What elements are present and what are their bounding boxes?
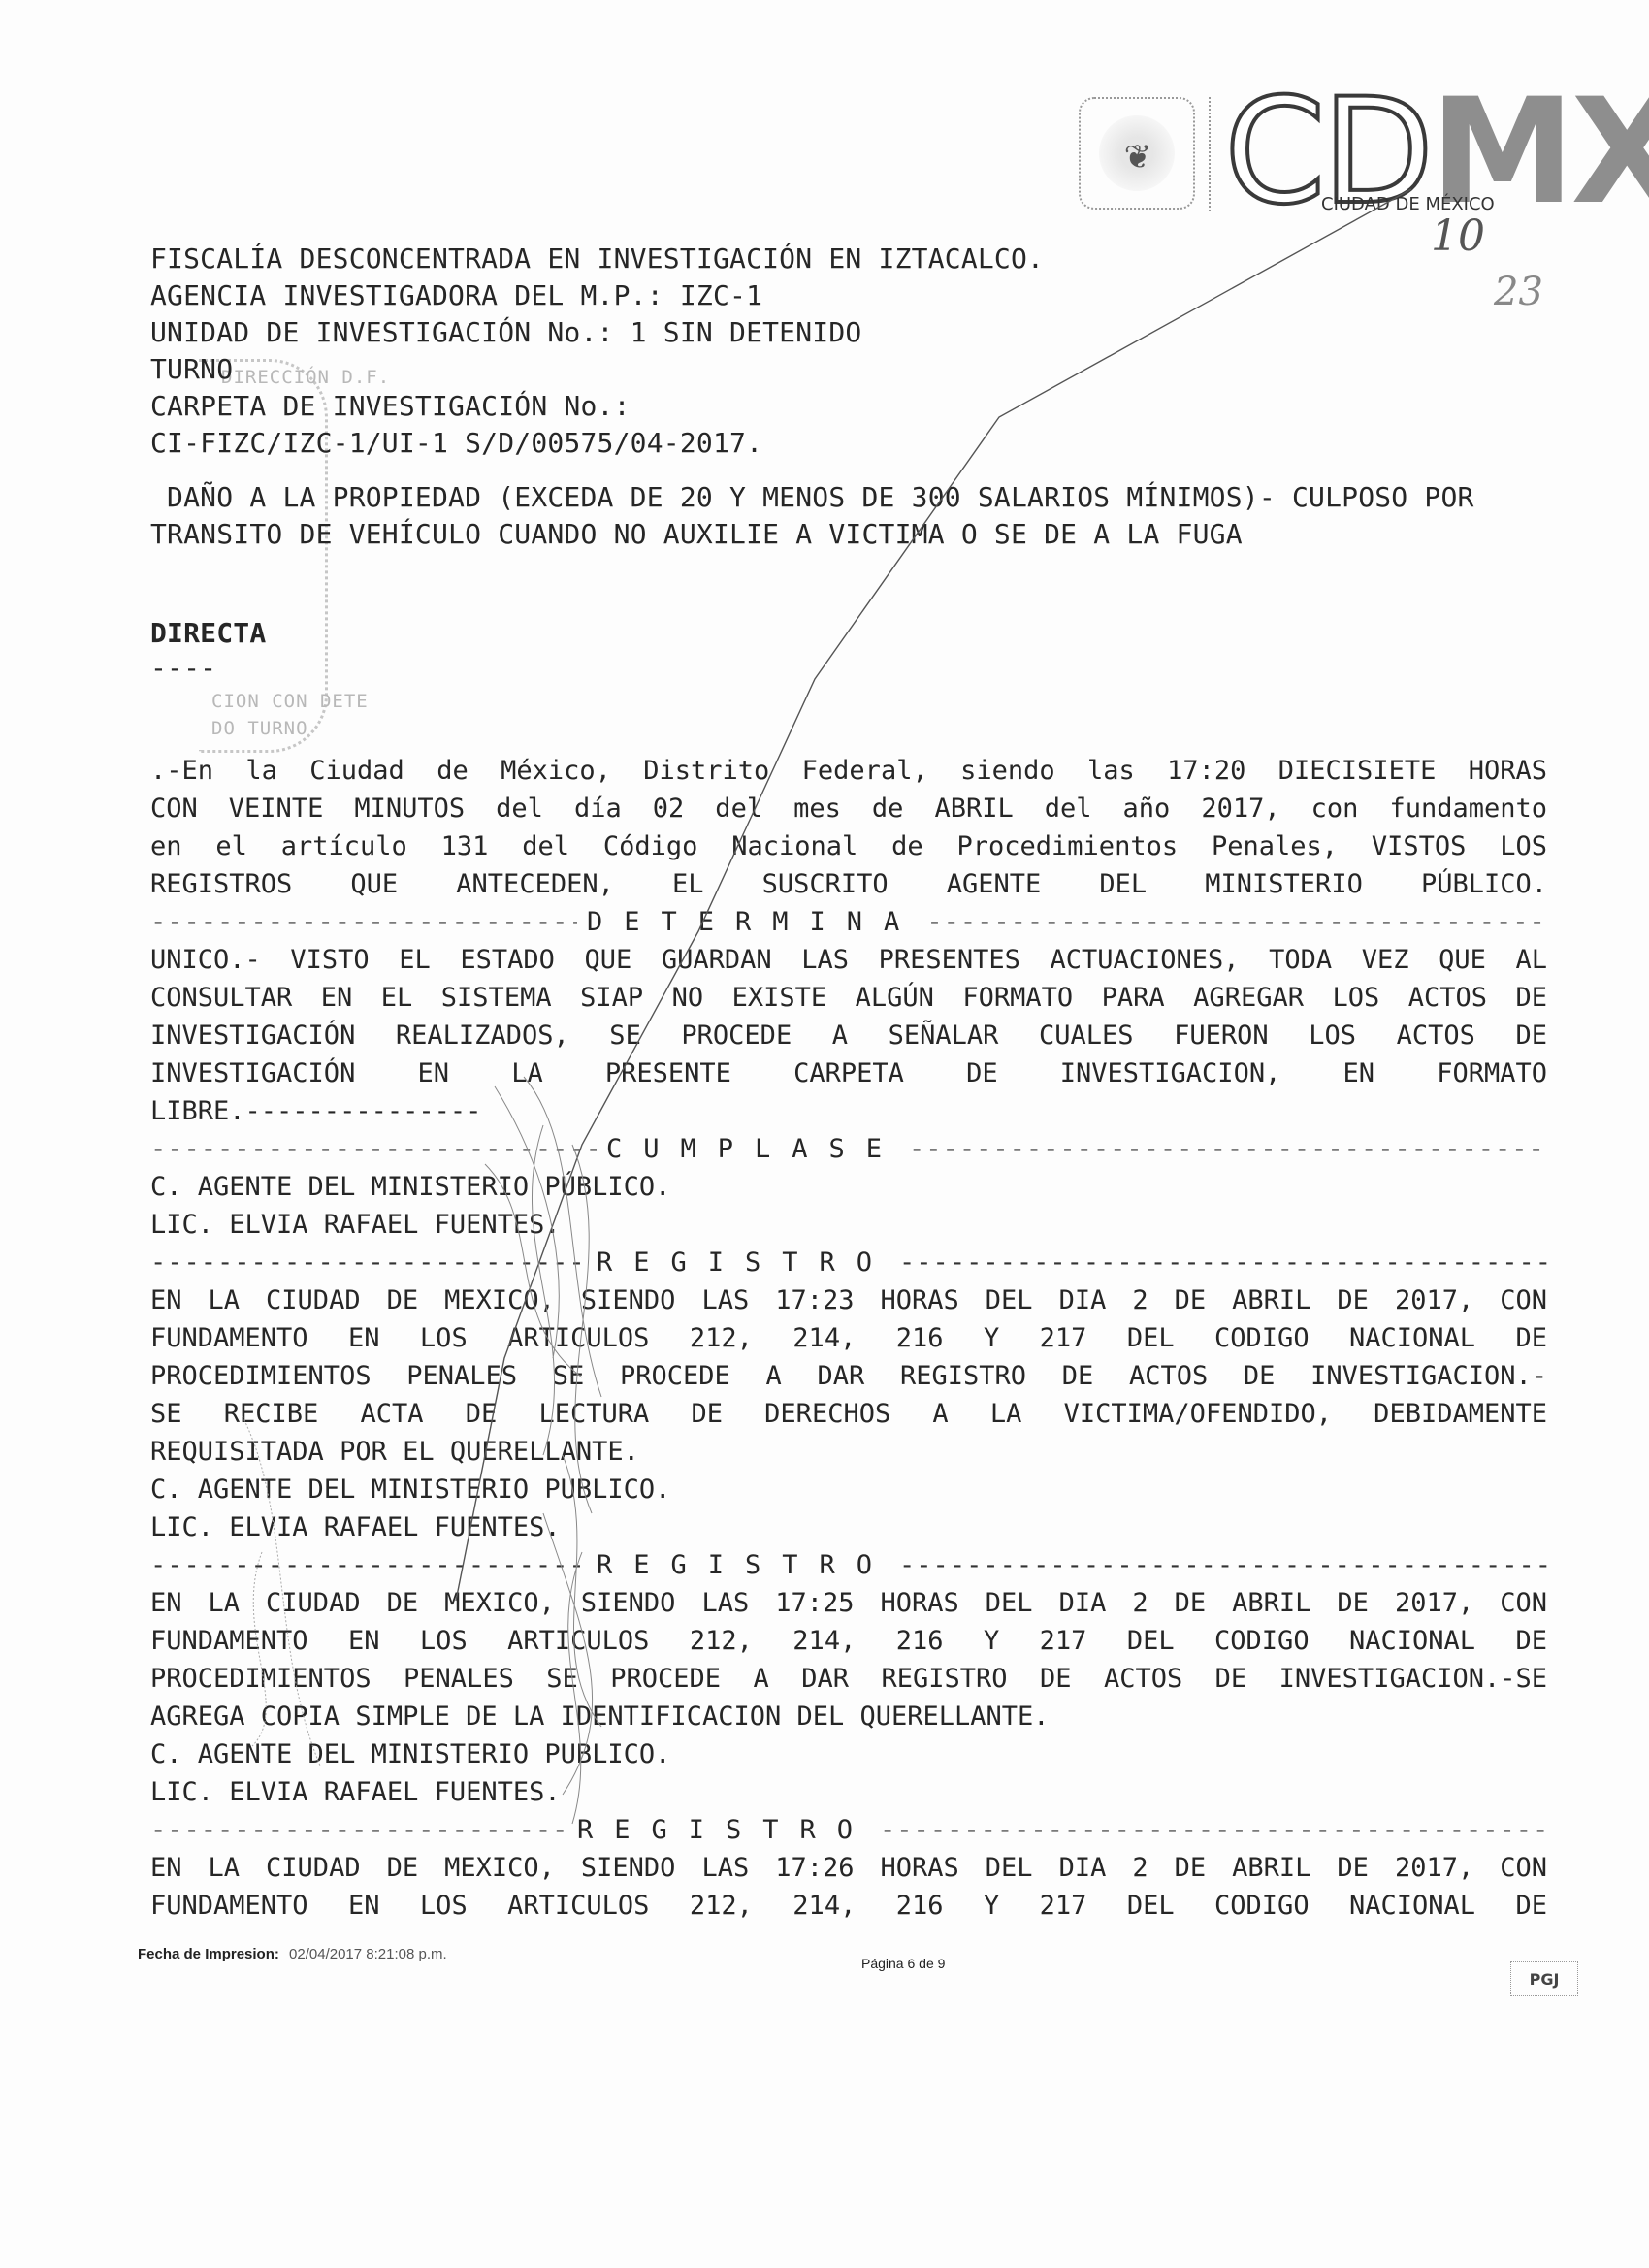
document-page: ❦ CDMX CIUDAD DE MÉXICO 10 23 DIRECCIÓN … <box>0 0 1649 2268</box>
registro-2-separator: ----------------------------------------… <box>150 1549 1547 1582</box>
pgj-badge: PGJ <box>1510 1961 1578 1996</box>
determina-line-3: INVESTIGACIÓN REALIZADOS, SE PROCEDE A S… <box>150 1020 1547 1053</box>
handwritten-folio-top: 10 <box>1431 211 1485 261</box>
print-date-label: Fecha de Impresion: <box>138 1946 279 1962</box>
offense-line-1: DAÑO A LA PROPIEDAD (EXCEDA DE 20 Y MENO… <box>150 481 1474 514</box>
registro-1-signer-name: LIC. ELVIA RAFAEL FUENTES. <box>150 1511 561 1544</box>
registro-2-line-4: AGREGA COPIA SIMPLE DE LA IDENTIFICACION… <box>150 1701 1050 1733</box>
registro-2-signer-name: LIC. ELVIA RAFAEL FUENTES. <box>150 1776 561 1809</box>
case-number: CI-FIZC/IZC-1/UI-1 S/D/00575/04-2017. <box>150 427 762 460</box>
registro-3-separator: ----------------------------------------… <box>150 1814 1547 1847</box>
print-date: Fecha de Impresion: 02/04/2017 8:21:08 p… <box>138 1946 447 1962</box>
page-number: Página 6 de 9 <box>861 1956 945 1971</box>
angel-of-independence-icon: ❦ <box>1099 115 1175 191</box>
determina-line-5: LIBRE.--------------- <box>150 1095 481 1128</box>
handwritten-folio-bottom: 23 <box>1494 270 1543 314</box>
determina-heading: DETERMINA <box>577 906 926 939</box>
registro-1-line-5: REQUISITADA POR EL QUERELLANTE. <box>150 1436 639 1469</box>
header-line-agencia: AGENCIA INVESTIGADORA DEL M.P.: IZC-1 <box>150 279 762 312</box>
cumplase-signer-title: C. AGENTE DEL MINISTERIO PÚBLICO. <box>150 1171 670 1204</box>
determina-line-4: INVESTIGACIÓN EN LA PRESENTE CARPETA DE … <box>150 1057 1547 1090</box>
cdmx-seal: ❦ <box>1079 97 1195 210</box>
registro-1-line-2: FUNDAMENTO EN LOS ARTICULOS 212, 214, 21… <box>150 1322 1547 1355</box>
determina-line-2: CONSULTAR EN EL SISTEMA SIAP NO EXISTE A… <box>150 982 1547 1015</box>
registro-1-signer-title: C. AGENTE DEL MINISTERIO PUBLICO. <box>150 1474 670 1507</box>
determina-separator: ----------------------------------------… <box>150 906 1547 939</box>
registro-1-heading: REGISTRO <box>587 1247 899 1280</box>
stamp-line-1: DIRECCIÓN D.F. <box>221 367 390 388</box>
cumplase-signer-name: LIC. ELVIA RAFAEL FUENTES. <box>150 1209 561 1242</box>
stamp-line-3: DO TURNO <box>211 718 308 739</box>
registro-2-heading: REGISTRO <box>587 1549 899 1582</box>
registro-2-signer-title: C. AGENTE DEL MINISTERIO PUBLICO. <box>150 1738 670 1771</box>
registro-3-heading: REGISTRO <box>567 1814 880 1847</box>
registro-1-line-4: SE RECIBE ACTA DE LECTURA DE DERECHOS A … <box>150 1398 1547 1431</box>
registro-2-line-3: PROCEDIMIENTOS PENALES SE PROCEDE A DAR … <box>150 1663 1547 1696</box>
intro-line-3: en el artículo 131 del Código Nacional d… <box>150 830 1547 863</box>
registro-3-line-2: FUNDAMENTO EN LOS ARTICULOS 212, 214, 21… <box>150 1890 1547 1923</box>
header-line-carpeta-label: CARPETA DE INVESTIGACIÓN No.: <box>150 390 630 423</box>
registro-2-line-1: EN LA CIUDAD DE MEXICO, SIENDO LAS 17:25… <box>150 1587 1547 1620</box>
registro-1-line-1: EN LA CIUDAD DE MEXICO, SIENDO LAS 17:23… <box>150 1284 1547 1317</box>
procedure-type: DIRECTA <box>150 617 266 650</box>
header-line-fiscalia: FISCALÍA DESCONCENTRADA EN INVESTIGACIÓN… <box>150 243 1044 275</box>
registro-3-line-1: EN LA CIUDAD DE MEXICO, SIENDO LAS 17:26… <box>150 1852 1547 1885</box>
cumplase-separator: ----------------------------------------… <box>150 1133 1547 1166</box>
determina-line-1: UNICO.- VISTO EL ESTADO QUE GUARDAN LAS … <box>150 944 1547 977</box>
header-line-unidad: UNIDAD DE INVESTIGACIÓN No.: 1 SIN DETEN… <box>150 316 861 349</box>
intro-line-1: .-En la Ciudad de México, Distrito Feder… <box>150 755 1547 788</box>
intro-line-4: REGISTROS QUE ANTECEDEN, EL SUSCRITO AGE… <box>150 868 1547 901</box>
print-date-value: 02/04/2017 8:21:08 p.m. <box>289 1946 447 1962</box>
cumplase-heading: CUMPLASE <box>597 1133 909 1166</box>
registro-2-line-2: FUNDAMENTO EN LOS ARTICULOS 212, 214, 21… <box>150 1625 1547 1658</box>
registro-1-separator: ----------------------------------------… <box>150 1247 1547 1280</box>
stamp-line-2: CION CON DETE <box>211 691 369 712</box>
registro-1-line-3: PROCEDIMIENTOS PENALES SE PROCEDE A DAR … <box>150 1360 1547 1393</box>
logo-divider <box>1209 97 1211 211</box>
intro-line-2: CON VEINTE MINUTOS del día 02 del mes de… <box>150 793 1547 826</box>
header-line-turno: TURNO <box>150 353 233 386</box>
offense-line-2: TRANSITO DE VEHÍCULO CUANDO NO AUXILIE A… <box>150 518 1243 551</box>
procedure-type-underline: ---- <box>150 652 216 685</box>
